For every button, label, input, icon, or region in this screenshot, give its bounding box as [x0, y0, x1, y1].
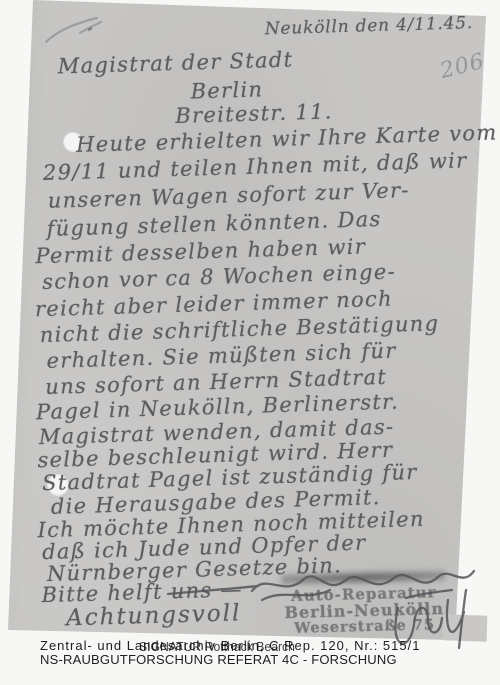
archive-department: NS-RAUBGUTFORSCHUNG REFERAT 4C - FORSCHU… — [40, 653, 420, 667]
closing-line: Achtungsvoll — [66, 600, 242, 631]
recipient-line: Berlin — [190, 77, 263, 103]
archive-caption: Zentral- und Landesarchiv Berlin, C Rep.… — [40, 639, 420, 666]
date-line: Neukölln den 4/11.45. — [265, 13, 474, 39]
company-rubber-stamp: Auto-Reparatur Berlin-Neukölln Weserstra… — [259, 566, 469, 637]
overlapping-signature-text: SIGNATUR Rotthack Bearch — [139, 639, 295, 654]
scanned-letter-page: Neukölln den 4/11.45. Magistrat der Stad… — [0, 0, 500, 685]
recipient-line: Magistrat der Stadt — [57, 47, 293, 78]
recipient-line: Breitestr. 11. — [175, 99, 333, 128]
